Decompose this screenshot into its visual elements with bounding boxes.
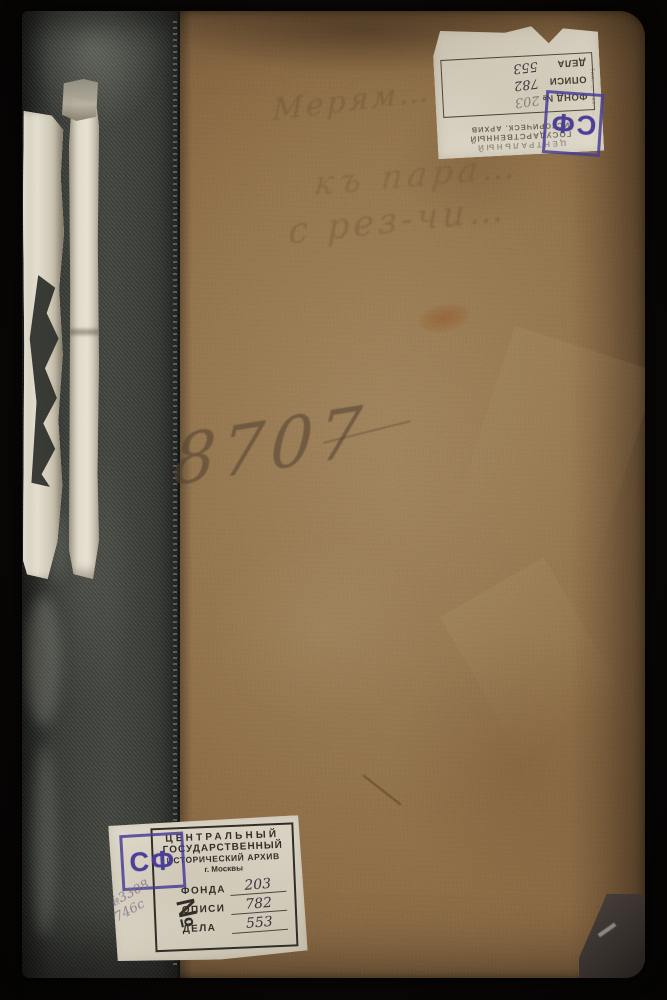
- fond-value-handwritten: 203: [514, 92, 540, 110]
- spine-paper-strip-right: [69, 97, 99, 579]
- spine-smudge: [32, 746, 56, 936]
- archive-label-bottom: ЦЕНТРАЛЬНЫЙ ГОСУДАРСТВЕННЫЙ ИСТОРИЧЕСКИЙ…: [108, 815, 308, 964]
- cover-scratch: [362, 774, 401, 805]
- delo-value-handwritten: 553: [231, 913, 288, 934]
- faint-handwriting-line1: Мерям…: [272, 73, 432, 128]
- sf-stamp-top: СФ: [542, 90, 604, 157]
- paper-strip-crease: [69, 329, 99, 335]
- leather-corner-cap: [579, 894, 645, 978]
- opis-value-handwritten: 782: [513, 75, 539, 93]
- faint-handwriting-line3: с рез-чи…: [289, 189, 508, 252]
- cover-sheen: [440, 557, 645, 825]
- photo-background: Мерям… къ пара… с рез-чи… 8707 ЦЕНТРАЛЬН…: [0, 0, 667, 1000]
- opis-label: ОПИСИ: [538, 73, 587, 86]
- cover-sheen: [416, 326, 645, 677]
- pencil-number-8707: 8707: [171, 391, 370, 502]
- delo-value-handwritten: 553: [512, 58, 538, 76]
- fond-label: ФОНДА: [181, 884, 227, 897]
- book-cover: Мерям… къ пара… с рез-чи… 8707 ЦЕНТРАЛЬН…: [22, 11, 645, 978]
- cover-stain: [416, 300, 472, 336]
- pencil-flourish: [323, 420, 411, 444]
- spine-smudge: [48, 511, 66, 581]
- sf-stamp-bottom: СФ: [119, 831, 186, 891]
- delo-label: ДЕЛА: [537, 56, 586, 69]
- spine-tape-fragment: [62, 79, 98, 121]
- spine-smudge: [26, 596, 60, 726]
